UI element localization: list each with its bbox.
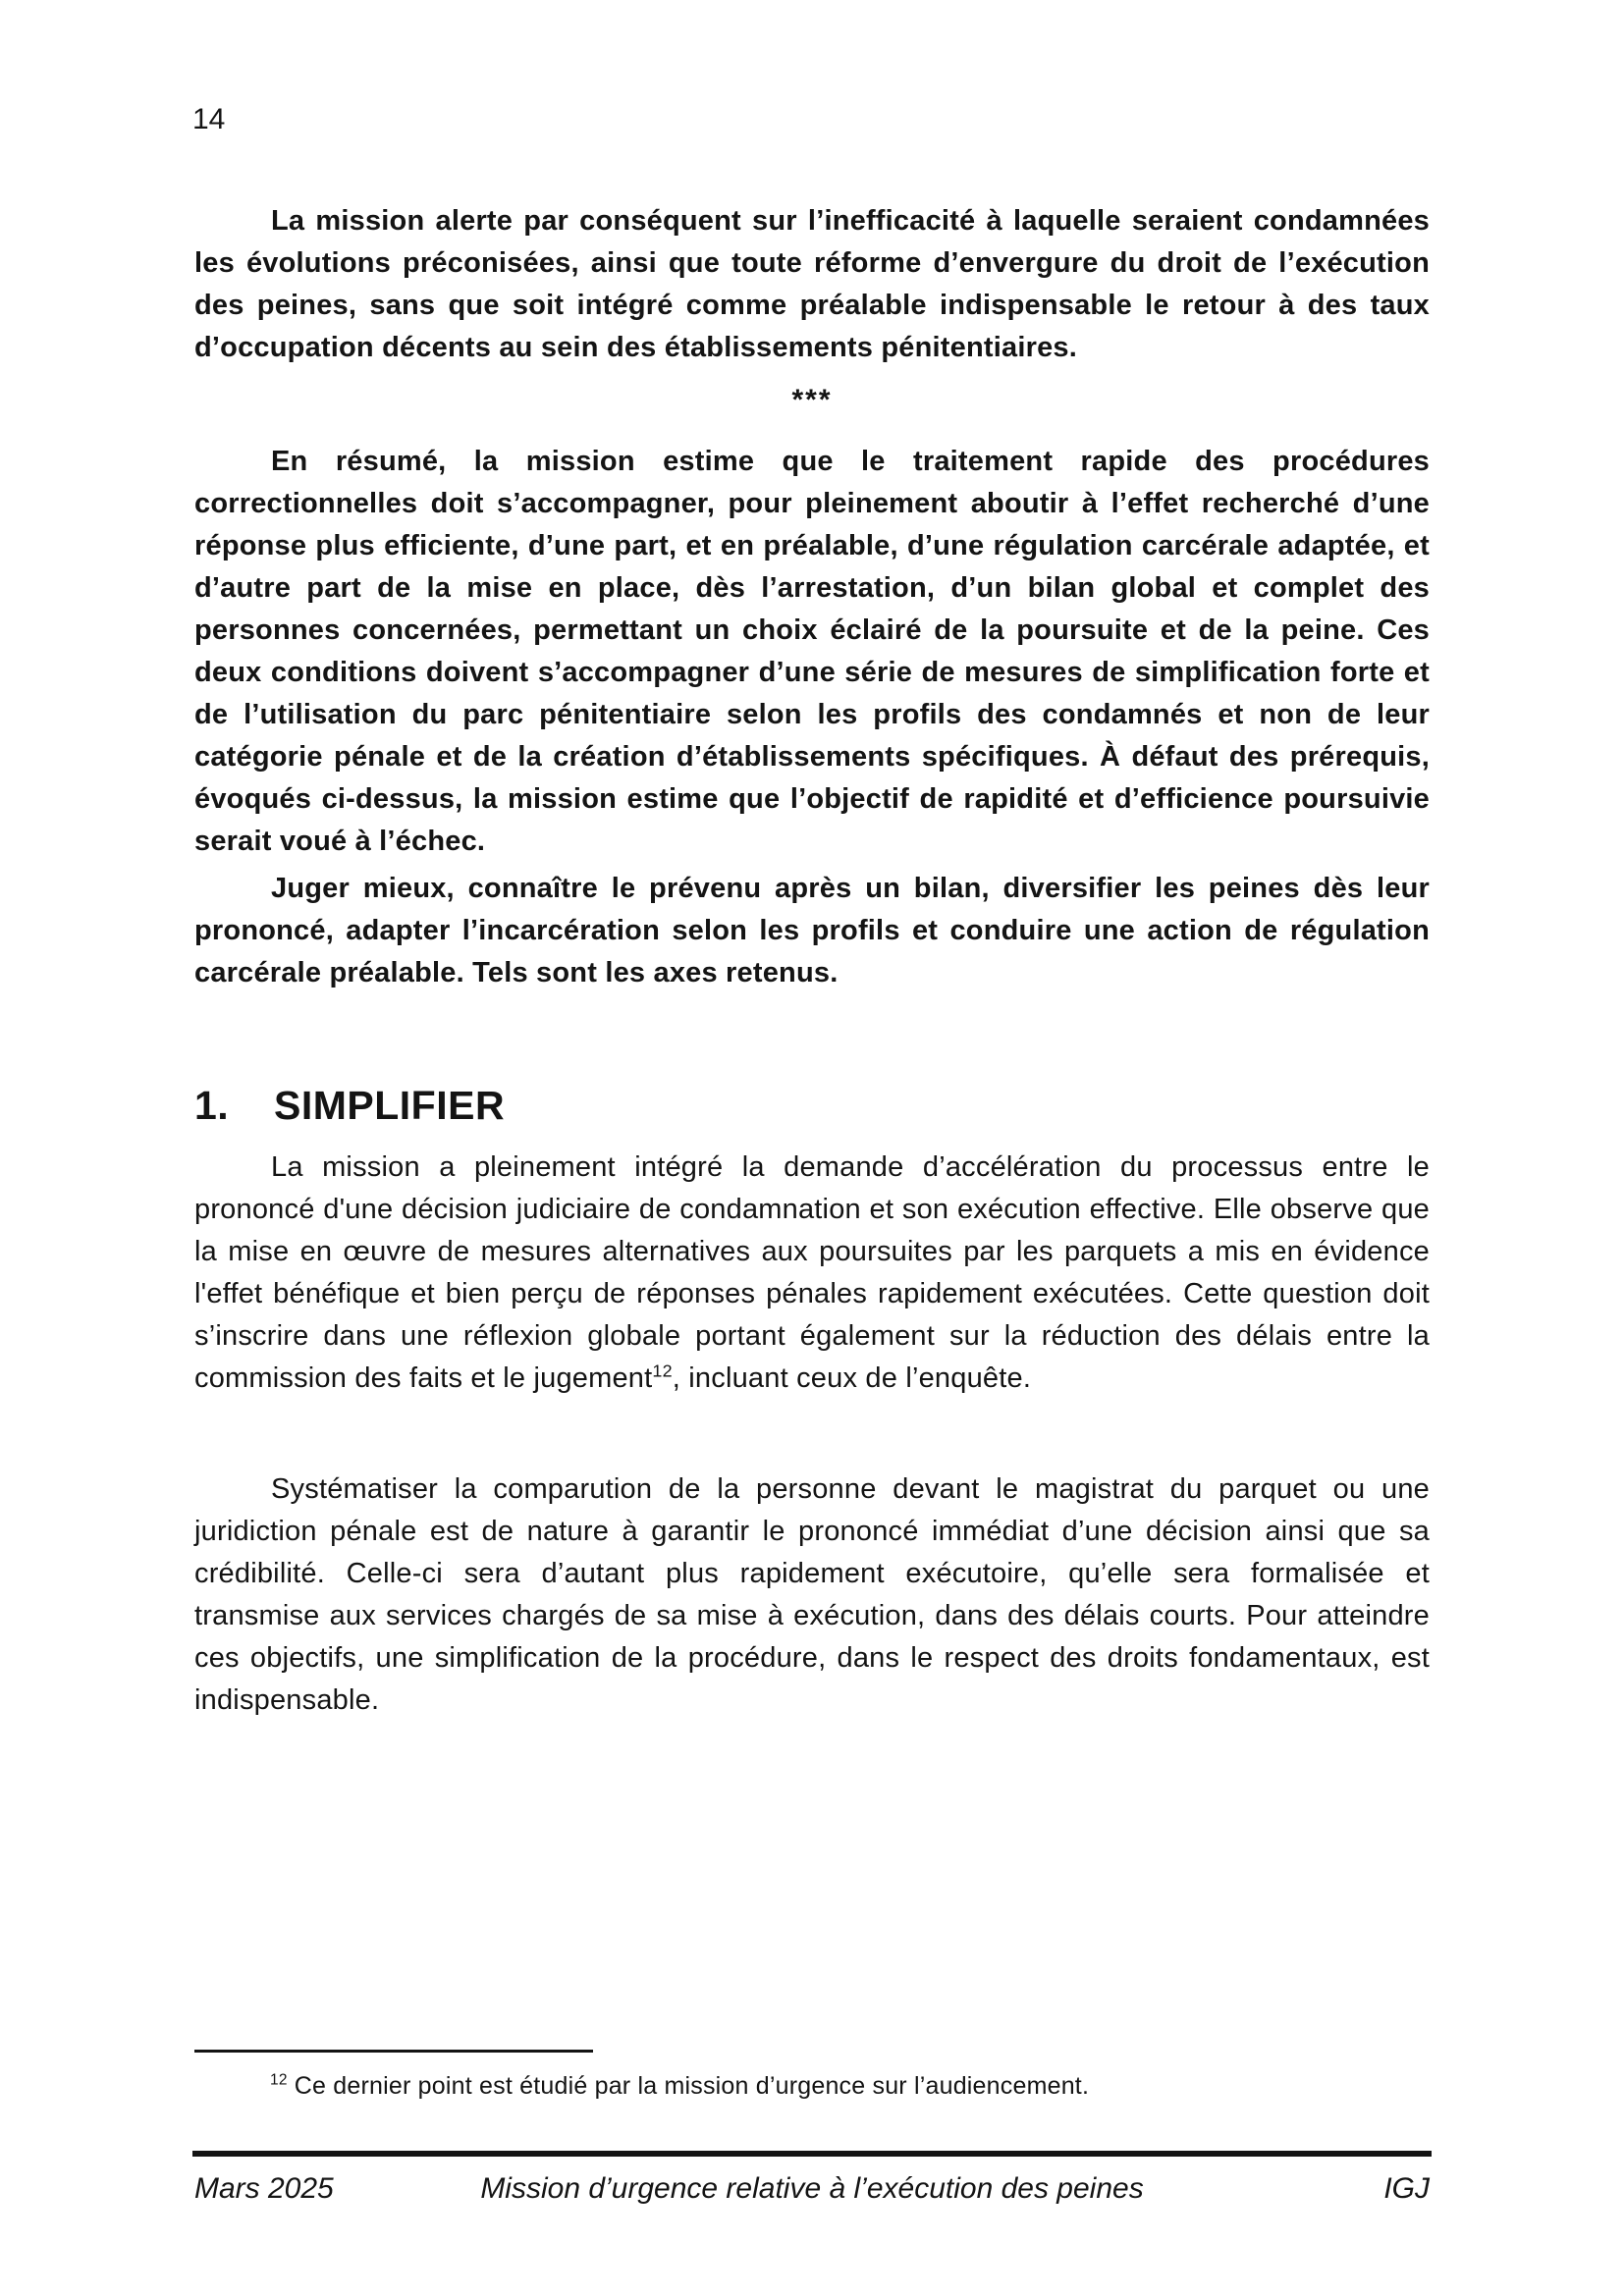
footer-document-title: Mission d’urgence relative à l’exécution… (462, 2169, 1161, 2209)
footer-rule (192, 2151, 1432, 2157)
footnote-reference[interactable]: 12 (652, 1361, 672, 1380)
section-separator-stars: *** (194, 379, 1430, 421)
paragraph-text: La mission a pleinement intégré la deman… (194, 1151, 1430, 1394)
section-heading: 1. SIMPLIFIER (194, 1081, 1430, 1130)
paragraph-mission-integre: La mission a pleinement intégré la deman… (194, 1147, 1430, 1400)
section-title: SIMPLIFIER (274, 1081, 505, 1130)
section-number: 1. (194, 1081, 274, 1130)
document-page: 14 La mission alerte par conséquent sur … (0, 0, 1624, 2296)
page-footer: Mars 2025 Mission d’urgence relative à l… (194, 2169, 1430, 2209)
paragraph-alerte: La mission alerte par conséquent sur l’i… (194, 200, 1430, 369)
footnote-text: Ce dernier point est étudié par la missi… (288, 2072, 1089, 2100)
footer-organization: IGJ (1162, 2169, 1430, 2209)
footer-date: Mars 2025 (194, 2169, 462, 2209)
paragraph-systematiser: Systématiser la comparution de la person… (194, 1468, 1430, 1722)
footnote-marker: 12 (270, 2072, 288, 2089)
paragraph-resume: En résumé, la mission estime que le trai… (194, 441, 1430, 863)
paragraph-text: , incluant ceux de l’enquête. (673, 1362, 1031, 1394)
footnote-separator-rule (194, 2050, 593, 2053)
footnote: 12 Ce dernier point est étudié par la mi… (194, 2069, 1430, 2103)
paragraph-axes: Juger mieux, connaître le prévenu après … (194, 868, 1430, 994)
page-number: 14 (192, 102, 225, 137)
